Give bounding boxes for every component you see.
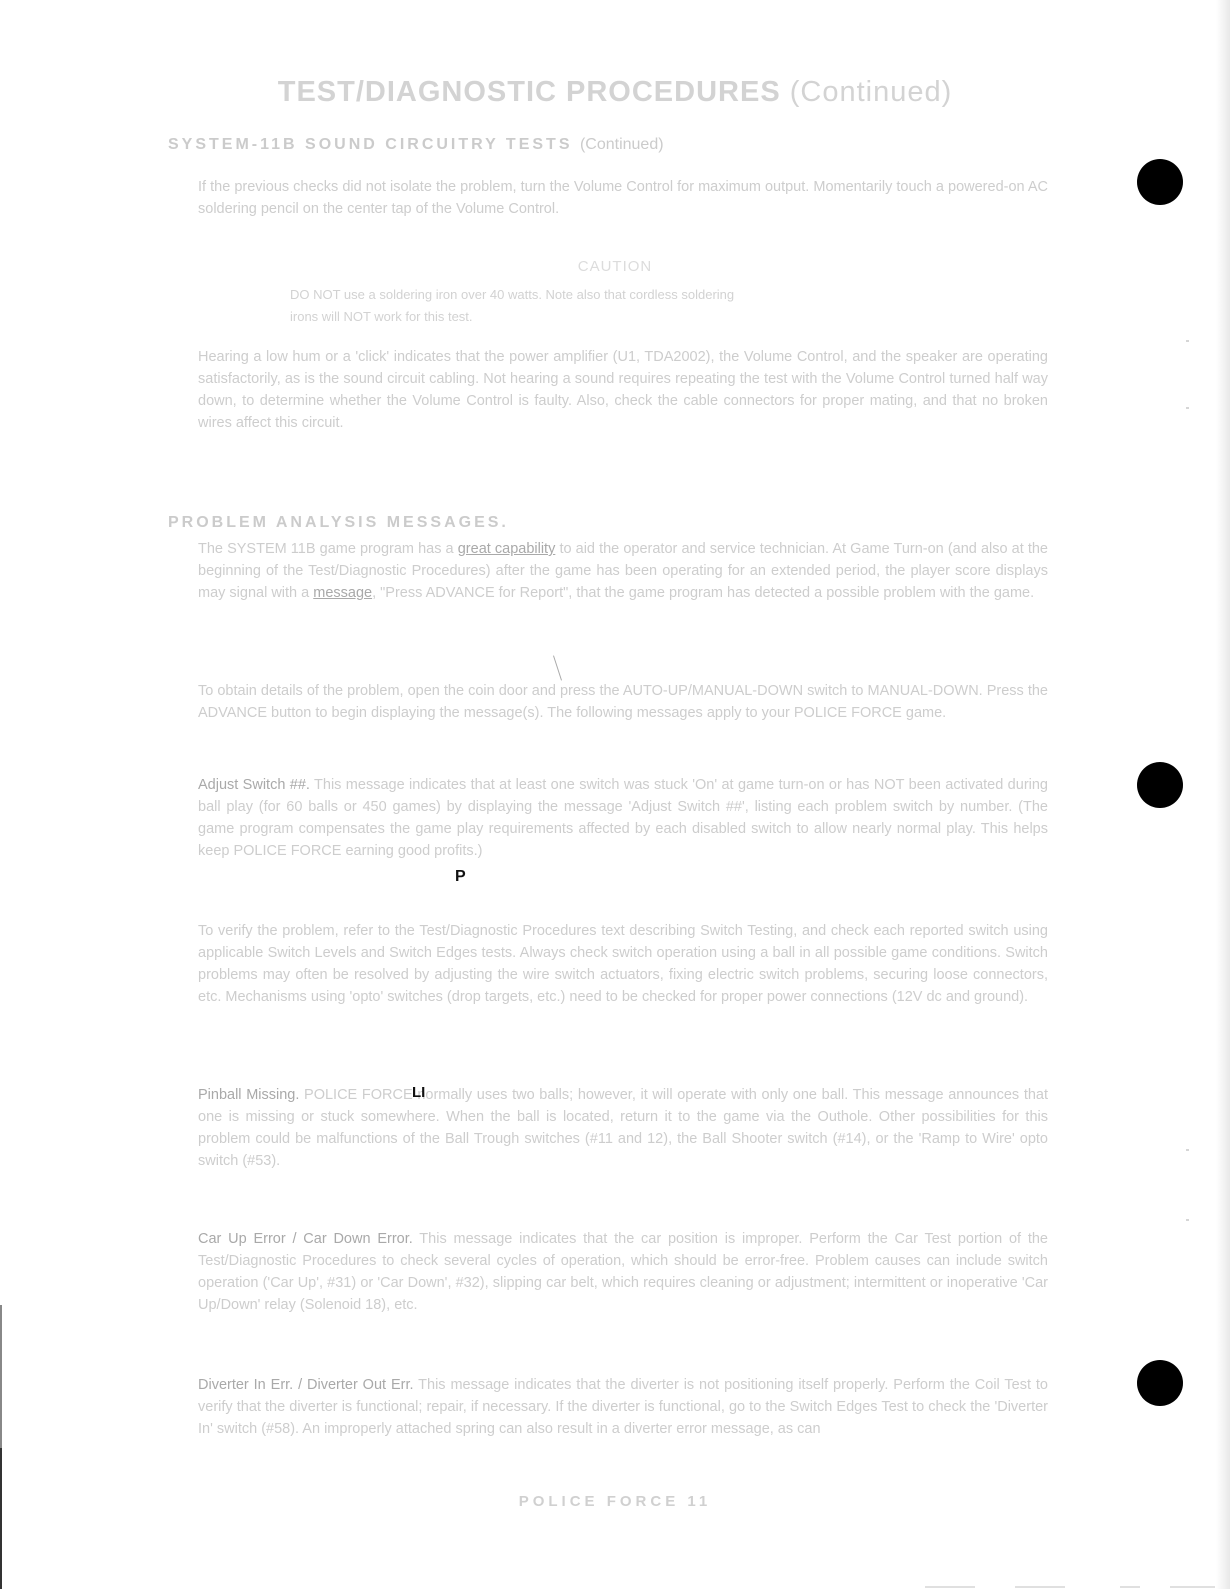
overprint-mark: P xyxy=(455,868,466,886)
underlined-text: great capability xyxy=(458,541,556,557)
caution-body: DO NOT use a soldering iron over 40 watt… xyxy=(290,284,990,328)
game-name: POLICE FORCE xyxy=(304,1087,413,1103)
page-title: TEST/DIAGNOSTIC PROCEDURES (Continued) xyxy=(0,76,1230,109)
paragraph-details: To obtain details of the problem, open t… xyxy=(198,680,1048,724)
overprint-mark: LI xyxy=(412,1084,425,1101)
message-label: Pinball Missing. xyxy=(198,1087,299,1103)
page-footer: POLICE FORCE 11 xyxy=(0,1493,1230,1510)
paragraph-intro: The SYSTEM 11B game program has a great … xyxy=(198,538,1048,604)
punch-hole-icon xyxy=(1137,762,1183,808)
paragraph-diverter-error: Diverter In Err. / Diverter Out Err. Thi… xyxy=(198,1374,1048,1440)
stray-pen-mark xyxy=(553,655,562,680)
scan-smudge xyxy=(1015,1586,1065,1588)
section-heading-sound: SYSTEM-11B SOUND CIRCUITRY TESTS (Contin… xyxy=(168,136,664,154)
section-heading-suffix: (Continued) xyxy=(580,136,664,153)
section-heading-text: SYSTEM-11B SOUND CIRCUITRY TESTS xyxy=(168,136,573,153)
section-heading-problem-analysis: PROBLEM ANALYSIS MESSAGES. xyxy=(168,514,509,532)
caution-line: DO NOT use a soldering iron over 40 watt… xyxy=(290,284,990,306)
page-title-text: TEST/DIAGNOSTIC PROCEDURES xyxy=(278,76,781,108)
text-span: The SYSTEM 11B game program has a xyxy=(198,541,458,557)
scan-smudge xyxy=(925,1586,975,1588)
paragraph-volume-check: If the previous checks did not isolate t… xyxy=(198,176,1048,220)
scan-margin-line xyxy=(0,1305,2,1448)
scan-speck xyxy=(1186,340,1189,342)
scan-speck xyxy=(1186,1149,1189,1151)
scan-margin-line xyxy=(0,1448,2,1589)
paragraph-verify: To verify the problem, refer to the Test… xyxy=(198,920,1048,1008)
paragraph-car-error: Car Up Error / Car Down Error. This mess… xyxy=(198,1228,1048,1316)
scan-speck xyxy=(1186,1219,1189,1221)
text-span: , "Press ADVANCE for Report", that the g… xyxy=(372,585,1034,601)
message-label: Adjust Switch ##. xyxy=(198,777,310,793)
caution-line: irons will NOT work for this test. xyxy=(290,306,990,328)
manual-page: TEST/DIAGNOSTIC PROCEDURES (Continued) S… xyxy=(0,0,1230,1589)
paragraph-adjust-switch: Adjust Switch ##. This message indicates… xyxy=(198,774,1048,862)
scan-smudge xyxy=(1120,1586,1140,1588)
underlined-text: message xyxy=(313,585,372,601)
message-label: Diverter In Err. / Diverter Out Err. xyxy=(198,1377,414,1393)
page-title-suffix: (Continued) xyxy=(790,76,953,108)
paragraph-hum-click: Hearing a low hum or a 'click' indicates… xyxy=(198,346,1048,434)
punch-hole-icon xyxy=(1137,1360,1183,1406)
text-span: earning good profits.) xyxy=(341,843,482,859)
scan-speck xyxy=(1186,407,1189,409)
game-name: POLICE FORCE xyxy=(233,843,341,859)
scan-edge-shadow xyxy=(1216,0,1230,1589)
punch-hole-icon xyxy=(1137,159,1183,205)
caution-title: CAUTION xyxy=(0,258,1230,275)
paragraph-pinball-missing: Pinball Missing. POLICE FORCE normally u… xyxy=(198,1084,1048,1172)
message-label: Car Up Error / Car Down Error. xyxy=(198,1231,413,1247)
scan-smudge xyxy=(1170,1586,1215,1588)
